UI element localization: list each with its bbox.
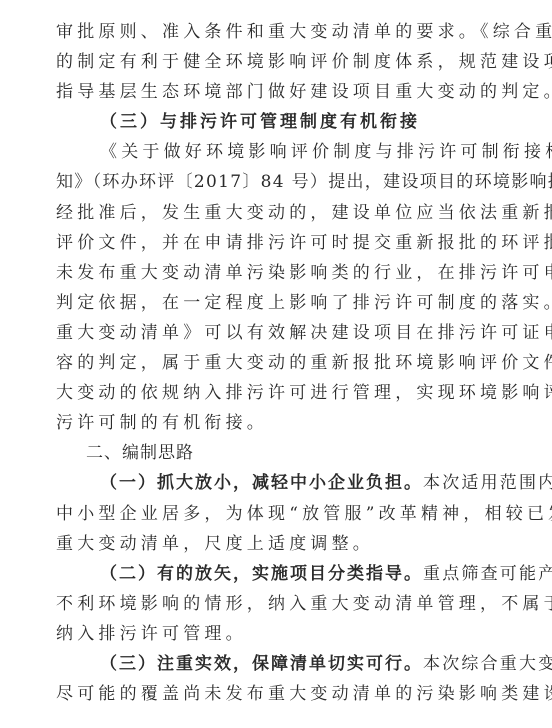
paragraph-line: 知》（环办环评〔2017〕84 号）提出，建设项目的环境影响报告书（表） — [56, 167, 500, 197]
item-lead: （二）有的放矢，实施项目分类指导。 — [100, 564, 423, 584]
paragraph-line: 容的判定，属于重大变动的重新报批环境影响评价文件，不属于重 — [56, 348, 500, 378]
item-lead: （一）抓大放小，减轻中小企业负担。 — [100, 473, 423, 493]
paragraph-line: 重大变动清单》可以有效解决建设项目在排污许可证申请时变动内 — [56, 318, 500, 348]
paragraph-line: 纳入排污许可管理。 — [56, 619, 500, 649]
paragraph-line: 判定依据，在一定程度上影响了排污许可制度的落实。制定《综合 — [56, 288, 500, 318]
paragraph-line: 污许可制的有机衔接。 — [56, 408, 500, 438]
paragraph-line: 审批原则、准入条件和重大变动清单的要求。《综合重大变动清单》 — [56, 17, 500, 47]
item-text: 重点筛查可能产生重大 — [423, 564, 552, 584]
paragraph-line: 未发布重大变动清单污染影响类的行业，在排污许可申请时无相关 — [56, 258, 500, 288]
document-page: 审批原则、准入条件和重大变动清单的要求。《综合重大变动清单》 的制定有利于健全环… — [56, 17, 500, 709]
paragraph-line: 中小型企业居多，为体现“放管服”改革精神，相较已发布的行业 — [56, 499, 500, 529]
paragraph-line: 重大变动清单，尺度上适度调整。 — [56, 529, 500, 559]
paragraph-line: 不利环境影响的情形，纳入重大变动清单管理，不属于重大变动的 — [56, 589, 500, 619]
section-heading: 二、编制思路 — [56, 438, 500, 468]
item-text: 本次综合重大变动清单 — [423, 654, 552, 674]
paragraph-line: 的制定有利于健全环境影响评价制度体系，规范建设项目环评审批， — [56, 47, 500, 77]
subsection-heading: （三）与排污许可管理制度有机衔接 — [56, 107, 500, 137]
paragraph-line: 经批准后，发生重大变动的，建设单位应当依法重新报批环境影响 — [56, 198, 500, 228]
item-paragraph-first-line: （二）有的放矢，实施项目分类指导。重点筛查可能产生重大 — [56, 559, 500, 589]
item-paragraph-first-line: （三）注重实效，保障清单切实可行。本次综合重大变动清单 — [56, 649, 500, 679]
paragraph-line: 《关于做好环境影响评价制度与排污许可制衔接相关工作的通 — [56, 137, 500, 167]
item-paragraph-first-line: （一）抓大放小，减轻中小企业负担。本次适用范围内行业以 — [56, 468, 500, 498]
item-lead: （三）注重实效，保障清单切实可行。 — [100, 654, 423, 674]
paragraph-line: 大变动的依规纳入排污许可进行管理，实现环境影响评价制度与排 — [56, 378, 500, 408]
paragraph-line: 尽可能的覆盖尚未发布重大变动清单的污染影响类建设项目。对相 — [56, 679, 500, 709]
paragraph-line: 指导基层生态环境部门做好建设项目重大变动的判定。 — [56, 77, 500, 107]
item-text: 本次适用范围内行业以 — [423, 473, 552, 493]
paragraph-line: 评价文件，并在申请排污许可时提交重新报批的环评批复。对于尚 — [56, 228, 500, 258]
